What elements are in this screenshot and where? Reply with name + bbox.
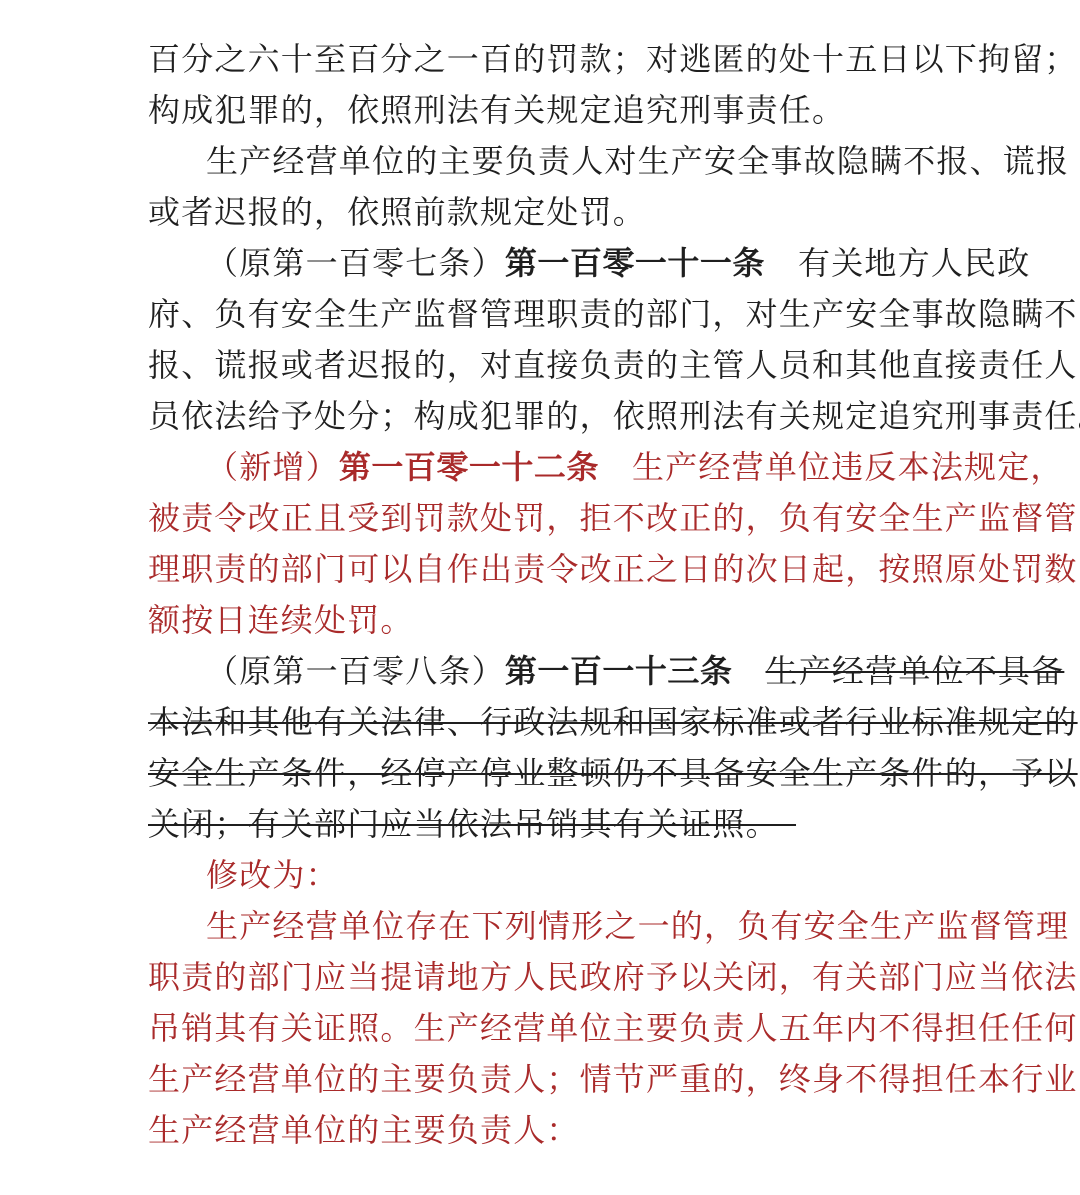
text-run-red: 生产经营单位存在下列情形之一的，负有安全生产监督管理 [206,907,1069,945]
document-page: 百分之六十至百分之一百的罚款；对逃匿的处十五日以下拘留；构成犯罪的，依照刑法有关… [0,0,1080,1195]
text-line: （原第一百零八条）第一百一十三条 生产经营单位不具备 [148,646,963,697]
text-run-black [765,244,798,282]
text-run-black: 构成犯罪的，依照刑法有关规定追究刑事责任。 [148,91,845,129]
text-run-black: 府、负有安全生产监督管理职责的部门，对生产安全事故隐瞒不 [148,295,1078,333]
text-line: 理职责的部门可以自作出责令改正之日的次日起，按照原处罚数 [148,544,963,595]
text-line: （原第一百零七条）第一百零一十一条 有关地方人民政 [148,238,963,289]
text-run-black-bold: 第一百一十三条 [505,652,733,690]
text-run-strike: 安全生产条件，经停产停业整顿仍不具备安全生产条件的，予以 [148,754,1078,792]
text-run-red: 生产经营单位违反本法规定， [632,448,1064,486]
text-run-red: 理职责的部门可以自作出责令改正之日的次日起，按照原处罚数 [148,550,1078,588]
text-run-black-bold: 第一百零一十一条 [505,244,765,282]
text-run-strike: 生产经营单位不具备 [766,652,1065,690]
text-run-black [732,652,765,690]
text-run-black: （原第一百零七条） [206,244,505,282]
text-line: 生产经营单位的主要负责人： [148,1105,963,1156]
text-run-red: 被责令改正且受到罚款处罚，拒不改正的，负有安全生产监督管 [148,499,1078,537]
text-line: 府、负有安全生产监督管理职责的部门，对生产安全事故隐瞒不 [148,289,963,340]
text-line: 生产经营单位的主要负责人对生产安全事故隐瞒不报、谎报 [148,136,963,187]
text-run-red: 生产经营单位的主要负责人： [148,1111,580,1149]
text-run-black: 报、谎报或者迟报的，对直接负责的主管人员和其他直接责任人 [148,346,1078,384]
text-run-black: 或者迟报的，依照前款规定处罚。 [148,193,646,231]
text-run-red-bold: 第一百零一十二条 [339,448,599,486]
text-run-strike: 本法和其他有关法律、行政法规和国家标准或者行业标准规定的 [148,703,1078,741]
text-line: （新增）第一百零一十二条 生产经营单位违反本法规定， [148,442,963,493]
text-line: 吊销其有关证照。生产经营单位主要负责人五年内不得担任任何 [148,1003,963,1054]
text-line: 被责令改正且受到罚款处罚，拒不改正的，负有安全生产监督管 [148,493,963,544]
text-line: 关闭；有关部门应当依法吊销其有关证照。 [148,799,963,850]
text-line: 额按日连续处罚。 [148,595,963,646]
text-run-red: 职责的部门应当提请地方人民政府予以关闭，有关部门应当依法 [148,958,1078,996]
text-line: 职责的部门应当提请地方人民政府予以关闭，有关部门应当依法 [148,952,963,1003]
text-line: 员依法给予处分；构成犯罪的，依照刑法有关规定追究刑事责任。 [148,391,963,442]
text-run-red: 修改为： [206,856,339,894]
text-run-red [599,448,632,486]
text-line: 构成犯罪的，依照刑法有关规定追究刑事责任。 [148,85,963,136]
text-line: 本法和其他有关法律、行政法规和国家标准或者行业标准规定的 [148,697,963,748]
text-run-black: （原第一百零八条） [206,652,505,690]
text-line: 修改为： [148,850,963,901]
text-run-black: 生产经营单位的主要负责人对生产安全事故隐瞒不报、谎报 [206,142,1069,180]
text-line: 生产经营单位的主要负责人；情节严重的，终身不得担任本行业 [148,1054,963,1105]
text-run-strike: 关闭；有关部门应当依法吊销其有关证照。 [148,805,796,843]
text-run-red: （新增） [206,448,339,486]
text-run-red: 额按日连续处罚。 [148,601,414,639]
text-run-red: 生产经营单位的主要负责人；情节严重的，终身不得担任本行业 [148,1060,1078,1098]
text-run-black: 员依法给予处分；构成犯罪的，依照刑法有关规定追究刑事责任。 [148,397,1080,435]
text-run-black: 有关地方人民政 [798,244,1030,282]
text-run-red: 吊销其有关证照。生产经营单位主要负责人五年内不得担任任何 [148,1009,1078,1047]
text-line: 报、谎报或者迟报的，对直接负责的主管人员和其他直接责任人 [148,340,963,391]
document-body: 百分之六十至百分之一百的罚款；对逃匿的处十五日以下拘留；构成犯罪的，依照刑法有关… [148,34,963,1156]
text-line: 或者迟报的，依照前款规定处罚。 [148,187,963,238]
text-line: 百分之六十至百分之一百的罚款；对逃匿的处十五日以下拘留； [148,34,963,85]
text-line: 安全生产条件，经停产停业整顿仍不具备安全生产条件的，予以 [148,748,963,799]
text-line: 生产经营单位存在下列情形之一的，负有安全生产监督管理 [148,901,963,952]
text-run-black: 百分之六十至百分之一百的罚款；对逃匿的处十五日以下拘留； [148,40,1078,78]
